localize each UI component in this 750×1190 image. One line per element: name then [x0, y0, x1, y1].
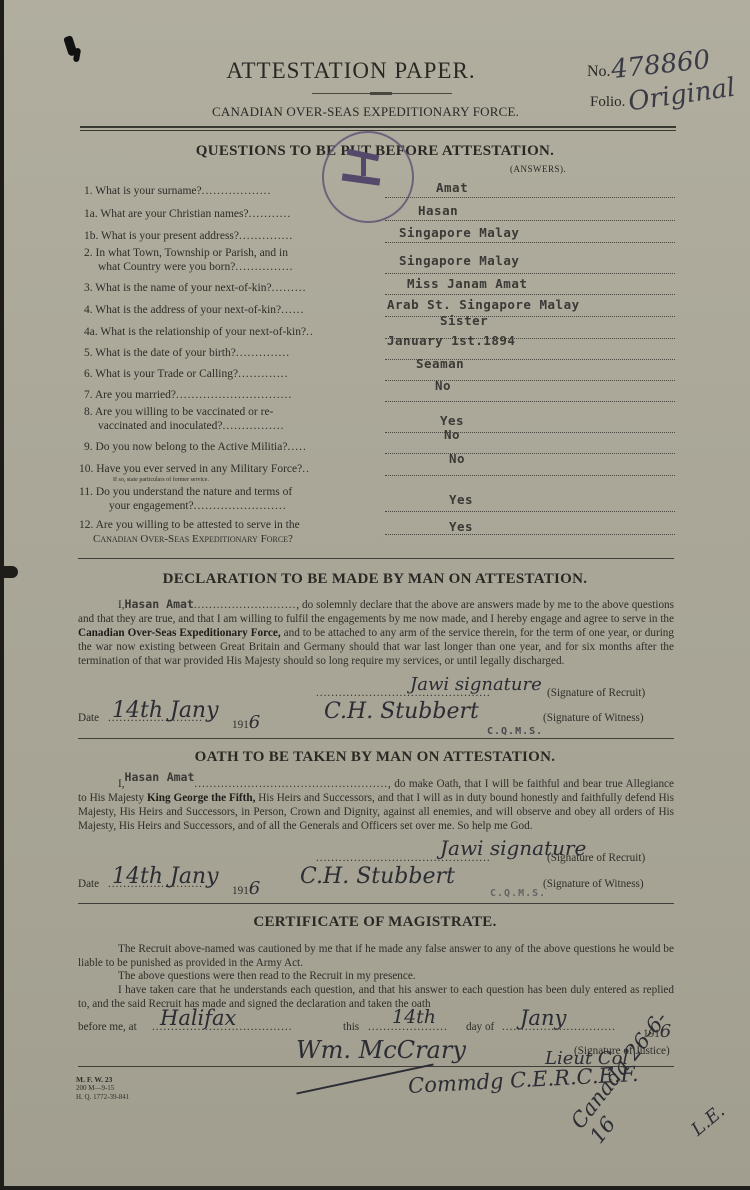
- certificate-heading: CERTIFICATE OF MAGISTRATE.: [0, 914, 750, 931]
- answer-vaccinated: Yes: [440, 413, 464, 428]
- answer-line: [385, 379, 675, 381]
- question-5: 5. What is the date of your birth?......…: [84, 346, 290, 360]
- witness-rank-stamp: C.Q.M.S.: [490, 888, 546, 899]
- answer-line: [385, 219, 675, 221]
- witness-signature-label: (Signature of Witness): [543, 712, 644, 724]
- scan-bottom-border: [0, 1186, 750, 1190]
- declaration-witness-signature: C.H. Stubbert: [324, 699, 479, 724]
- declaration-date-label: Date: [78, 712, 99, 724]
- question-10: 10. Have you ever served in any Military…: [79, 462, 310, 484]
- declaration-recruit-name: Hasan Amat: [125, 597, 194, 611]
- certificate-day: 14th: [392, 1006, 436, 1028]
- question-11: 11. Do you understand the nature and ter…: [79, 485, 292, 513]
- form-code-line-1: M. F. W. 23: [76, 1075, 129, 1084]
- question-1: 1. What is your surname?................…: [84, 184, 271, 198]
- declaration-recruit-signature: Jawi signature: [410, 674, 542, 695]
- question-8: 8. Are you willing to be vaccinated or r…: [84, 405, 285, 433]
- recruit-signature-label: (Signature of Recruit): [547, 687, 645, 699]
- day-of-label: day of: [466, 1021, 494, 1033]
- answer-birthplace: Singapore Malay: [399, 253, 519, 268]
- section-divider: [78, 558, 674, 559]
- answer-willing-to-serve: Yes: [449, 519, 473, 534]
- oath-date-value: 14th Jany: [112, 864, 219, 889]
- certificate-para-1: The Recruit above-named was cautioned by…: [78, 942, 674, 970]
- question-9: 9. Do you now belong to the Active Milit…: [84, 440, 307, 454]
- answer-line: [385, 510, 675, 512]
- answer-line: [385, 474, 675, 476]
- answer-line: [385, 315, 675, 317]
- question-1b: 1b. What is your present address?.......…: [84, 229, 293, 243]
- recruit-signature-label: (Signature of Recruit): [547, 852, 645, 864]
- witness-rank-stamp: C.Q.M.S.: [487, 726, 543, 737]
- answer-understand-terms: Yes: [449, 492, 473, 507]
- form-code-line-3: H. Q. 1772-39-841: [76, 1093, 129, 1102]
- question-2: 2. In what Town, Township or Parish, and…: [84, 246, 293, 274]
- oath-year: 1916: [232, 878, 260, 899]
- question-12: 12. Are you willing to be attested to se…: [79, 518, 300, 546]
- declaration-text: I,Hasan Amat...........................,…: [78, 597, 674, 668]
- stamp-letter-h-icon: [361, 154, 366, 176]
- section-divider: [78, 738, 674, 739]
- folio-label: Folio.: [590, 94, 625, 111]
- attestation-paper: ATTESTATION PAPER. CANADIAN OVER-SEAS EX…: [0, 0, 750, 1190]
- regimental-number-label: No.: [587, 63, 611, 81]
- certificate-month: Jany: [520, 1006, 566, 1030]
- scan-left-border: [0, 0, 4, 1190]
- question-6: 6. What is your Trade or Calling?.......…: [84, 367, 288, 381]
- answer-christian-names: Hasan: [418, 203, 458, 218]
- form-code: M. F. W. 23 200 M—9-15 H. Q. 1772-39-841: [76, 1075, 129, 1102]
- section-divider: [78, 903, 674, 904]
- oath-heading: OATH TO BE TAKEN BY MAN ON ATTESTATION.: [0, 749, 750, 766]
- answer-line: [385, 293, 675, 295]
- answer-line: [385, 400, 675, 402]
- certificate-place: Halifax: [160, 1006, 236, 1030]
- answer-line: [385, 452, 675, 454]
- oath-date-label: Date: [78, 878, 99, 890]
- header-double-rule: [80, 126, 676, 131]
- answer-line: [385, 431, 675, 433]
- this-label: this: [343, 1021, 359, 1033]
- question-3: 3. What is the name of your next-of-kin?…: [84, 281, 306, 295]
- answer-trade-or-calling: Seaman: [416, 356, 464, 371]
- answer-active-militia: No: [444, 427, 460, 442]
- document-subtitle: CANADIAN OVER-SEAS EXPEDITIONARY FORCE.: [212, 104, 519, 120]
- answer-next-of-kin-name: Miss Janam Amat: [407, 276, 527, 291]
- answer-surname: Amat: [436, 180, 468, 195]
- declaration-date-value: 14th Jany: [112, 698, 219, 723]
- answer-present-address: Singapore Malay: [399, 225, 519, 240]
- oath-recruit-name: Hasan Amat: [125, 770, 195, 784]
- margin-note-initials: L.E.: [688, 1101, 729, 1141]
- oath-text: I,Hasan Amat............................…: [78, 776, 674, 833]
- certificate-para-2: The above questions were then read to th…: [78, 969, 674, 983]
- answer-line: [385, 196, 675, 198]
- answer-date-of-birth: January 1st.1894: [387, 333, 515, 348]
- question-1a: 1a. What are your Christian names?......…: [84, 207, 291, 221]
- form-code-line-2: 200 M—9-15: [76, 1084, 129, 1093]
- before-me-label: before me, at: [78, 1021, 137, 1033]
- declaration-year: 1916: [232, 712, 260, 733]
- answer-line: [385, 272, 675, 274]
- answer-military-service: No: [449, 451, 465, 466]
- declaration-heading: DECLARATION TO BE MADE BY MAN ON ATTESTA…: [0, 571, 750, 588]
- justice-signature: Wm. McCrary: [296, 1036, 466, 1064]
- question-4a: 4a. What is the relationship of your nex…: [84, 325, 314, 339]
- answer-line: [385, 533, 675, 535]
- question-4: 4. What is the address of your next-of-k…: [84, 303, 304, 317]
- answer-next-of-kin-relationship: Sister: [440, 313, 488, 328]
- answers-column-label: (ANSWERS).: [510, 164, 566, 174]
- answer-married: No: [435, 378, 451, 393]
- question-7: 7. Are you married?.....................…: [84, 388, 292, 402]
- answer-line: [385, 241, 675, 243]
- answer-next-of-kin-address: Arab St. Singapore Malay: [387, 297, 580, 312]
- witness-signature-label: (Signature of Witness): [543, 878, 644, 890]
- oath-witness-signature: C.H. Stubbert: [300, 864, 455, 889]
- title-rule-ornament: [370, 92, 392, 95]
